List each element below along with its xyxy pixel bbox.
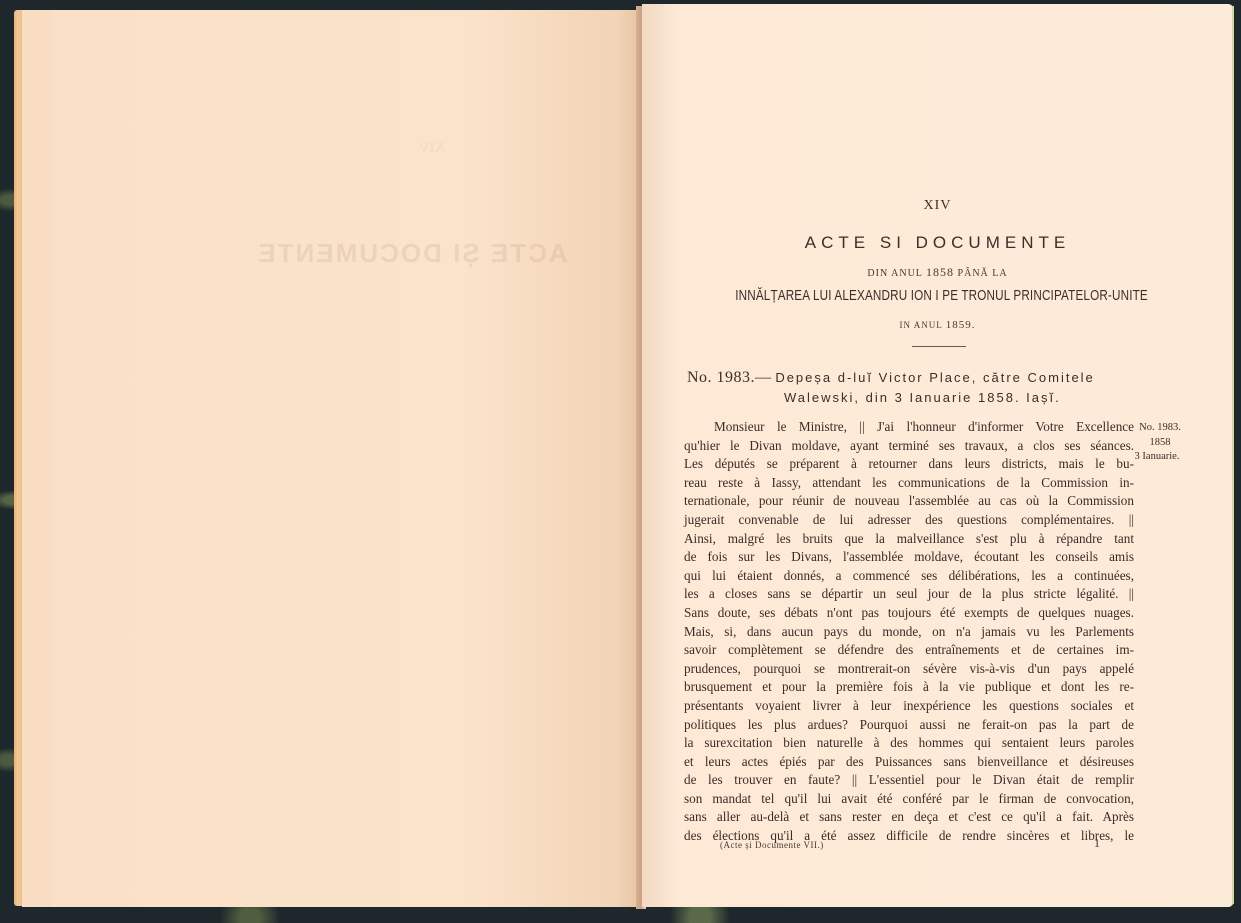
body-line: Ainsi, malgré les bruits que la malveill… — [684, 530, 1134, 549]
body-line: Monsieur le Ministre, || J'ai l'honneur … — [684, 418, 1134, 437]
body-line: les a closes sans se départir un seul jo… — [684, 585, 1134, 604]
section-title: ACTE SI DOCUMENTE — [642, 233, 1233, 253]
subtitle-line-3: IN ANUL 1859. — [642, 319, 1233, 331]
right-page-edge — [1232, 6, 1234, 904]
body-line: brusquement et pour la première fois à l… — [684, 678, 1134, 697]
body-line: jugerait convenable de lui adresser des … — [684, 511, 1134, 530]
footer-signature-number: 1 — [1094, 836, 1100, 851]
subtitle-line-2: INNĂLȚAREA LUI ALEXANDRU ION I PE TRONUL… — [735, 287, 1141, 304]
body-line: de les trouver en faute? || L'essentiel … — [684, 771, 1134, 790]
body-line: la surexcitation bien naturelle à des ho… — [684, 734, 1134, 753]
body-line: présentants voyaient livrer à leur inexp… — [684, 697, 1134, 716]
document-description-line-1: Depeșa d-luĭ Victor Place, către Comitel… — [775, 370, 1094, 385]
footer-signature: (Acte și Documente VII.) — [720, 840, 824, 850]
document-number: No. 1983.— — [687, 369, 772, 386]
subtitle-suffix: PÂNĂ LA — [958, 268, 1008, 279]
body-line: ternationale, pour réunir de nouveau l'a… — [684, 492, 1134, 511]
margin-note-year: 1858 — [1150, 437, 1171, 448]
subtitle-prefix: IN ANUL — [900, 320, 943, 330]
body-line: et leurs actes épiés par des Puissances … — [684, 753, 1134, 772]
body-line: de fois sur les Divans, l'assemblée mold… — [684, 548, 1134, 567]
bleed-through-title: ACTE ȘI DOCUMENTE — [172, 238, 652, 269]
subtitle-prefix: DIN ANUL — [867, 268, 922, 279]
body-line: prudences, pourquoi se montrerait-on sév… — [684, 660, 1134, 679]
open-book: XIV ACTE ȘI DOCUMENTE XIV ACTE SI DOCUME… — [0, 0, 1241, 923]
document-heading: No. 1983.— Depeșa d-luĭ Victor Place, că… — [687, 368, 1147, 408]
title-divider — [912, 346, 966, 347]
body-line: Les députés se préparent à retourner dan… — [684, 455, 1134, 474]
body-line: son mandat tel qu'il lui avait été confé… — [684, 790, 1134, 809]
body-line: savoir complètement se défendre des entr… — [684, 641, 1134, 660]
body-line: Mais, si, dans aucun pays du monde, on n… — [684, 623, 1134, 642]
body-line: reau reste à Iassy, attendant les commun… — [684, 474, 1134, 493]
bleed-through-chapter: XIV — [302, 140, 562, 157]
right-page: XIV ACTE SI DOCUMENTE DIN ANUL 1858 PÂNĂ… — [642, 4, 1234, 907]
body-line: qu'hier le Divan moldave, ayant terminé … — [684, 437, 1134, 456]
subtitle-year: 1858 — [926, 265, 954, 279]
margin-note-date: 3 Ianuarie. — [1129, 449, 1185, 464]
subtitle-year: 1859. — [946, 319, 976, 331]
subtitle-line-1: DIN ANUL 1858 PÂNĂ LA — [642, 265, 1233, 280]
body-line: qui lui étaient donnés, a commencé ses d… — [684, 567, 1134, 586]
left-page: XIV ACTE ȘI DOCUMENTE — [52, 10, 640, 907]
left-page-margin-strip — [22, 10, 53, 907]
margin-note: No. 1983. 1858 3 Ianuarie. — [1135, 420, 1185, 464]
chapter-number: XIV — [642, 198, 1233, 214]
document-description-line-2: Walewski, din 3 Ianuarie 1858. Iașĭ. — [687, 388, 1147, 408]
margin-note-number: No. 1983. — [1139, 422, 1181, 433]
body-line: sans aller au-delà et sans rester en deç… — [684, 808, 1134, 827]
body-line: politiques les plus ardues? Pourquoi aus… — [684, 716, 1134, 735]
body-line: Sans doute, ses débats n'ont pas toujour… — [684, 604, 1134, 623]
document-body: Monsieur le Ministre, || J'ai l'honneur … — [684, 418, 1134, 846]
